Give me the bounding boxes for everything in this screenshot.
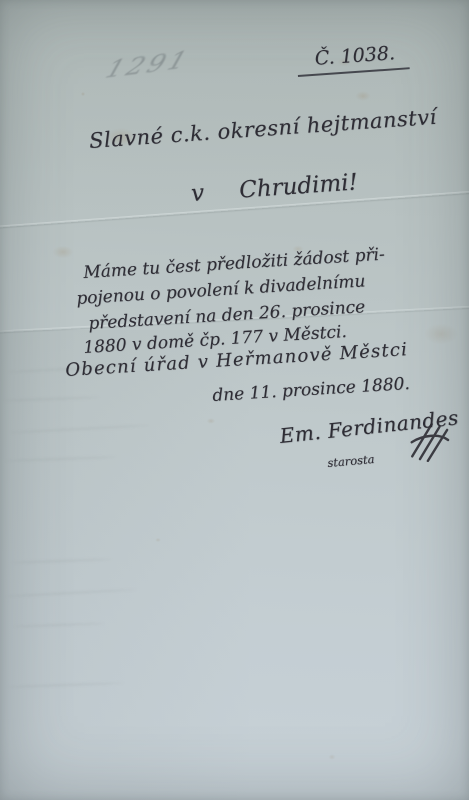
- document-photo: 1291 Č. 1038. Slavné c.k. okresní hejtma…: [0, 0, 469, 800]
- bleedthrough-mark: [8, 682, 123, 688]
- bleedthrough-mark: [12, 558, 112, 563]
- signature-paraph-icon: [406, 416, 452, 464]
- bleedthrough-mark: [6, 456, 116, 462]
- bleedthrough-mark: [14, 622, 104, 627]
- body-line: dne 11. prosince 1880.: [212, 374, 411, 406]
- signature-title: starosta: [327, 452, 375, 470]
- bleedthrough-mark: [6, 589, 136, 598]
- reference-number: Č. 1038.: [296, 41, 410, 77]
- bleedthrough-mark: [10, 424, 150, 433]
- bleedthrough-mark: [4, 396, 99, 401]
- ghost-bleedthrough-number: 1291: [99, 45, 197, 84]
- heading-line-1: Slavné c.k. okresní hejtmanství: [88, 105, 437, 153]
